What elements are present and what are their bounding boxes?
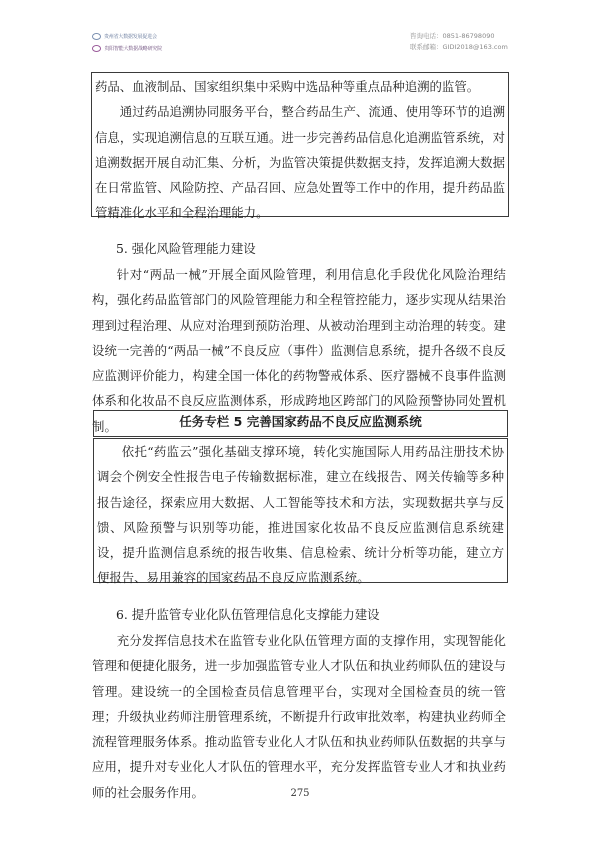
section-5-heading: 5. 强化风险管理能力建设 bbox=[116, 236, 256, 261]
box-paragraph: 通过药品追溯协同服务平台，整合药品生产、流通、使用等环节的追溯信息，实现追溯信息… bbox=[92, 99, 508, 225]
box-line: 药品、血液制品、国家组织集中采购中选品种等重点品种追溯的监管。 bbox=[92, 73, 508, 99]
header-contact: 咨询电话：0851-86798090 联系邮箱：GIDI2018@163.com bbox=[410, 31, 508, 53]
task-box-title: 任务专栏 5 完善国家药品不良反应监测系统 bbox=[93, 410, 508, 437]
institute-logo-icon bbox=[92, 45, 101, 52]
email-label: 联系邮箱： bbox=[410, 43, 443, 51]
task-box-content: 依托“药监云”强化基础支撑环境，转化实施国际人用药品注册技术协调会个例安全性报告… bbox=[93, 438, 508, 583]
task-box-title-text: 任务专栏 5 完善国家药品不良反应监测系统 bbox=[94, 411, 507, 433]
section-6-heading: 6. 提升监管专业化队伍管理信息化支撑能力建设 bbox=[116, 602, 380, 627]
task-box-paragraph: 依托“药监云”强化基础支撑环境，转化实施国际人用药品注册技术协调会个例安全性报告… bbox=[94, 439, 507, 591]
phone-label: 咨询电话： bbox=[410, 32, 443, 40]
email-value: GIDI2018@163.com bbox=[443, 43, 508, 51]
page-number: 275 bbox=[0, 788, 600, 799]
header-logos: 贵州省大数据发展促进会 贵阳智能大数据战略研究院 bbox=[92, 31, 162, 55]
section-6-paragraph: 充分发挥信息技术在监管专业化队伍管理方面的支撑作用，实现智能化管理和便捷化服务，… bbox=[92, 628, 506, 805]
association-logo-icon bbox=[92, 33, 101, 40]
logo-association-name: 贵州省大数据发展促进会 bbox=[104, 33, 157, 40]
logo-institute-name: 贵阳智能大数据战略研究院 bbox=[104, 45, 162, 52]
phone-value: 0851-86798090 bbox=[443, 32, 495, 40]
contact-phone: 咨询电话：0851-86798090 bbox=[410, 31, 508, 42]
logo-institute: 贵阳智能大数据战略研究院 bbox=[92, 43, 162, 53]
logo-association: 贵州省大数据发展促进会 bbox=[92, 31, 162, 41]
continued-task-box: 药品、血液制品、国家组织集中采购中选品种等重点品种追溯的监管。 通过药品追溯协同… bbox=[91, 72, 509, 217]
contact-email: 联系邮箱：GIDI2018@163.com bbox=[410, 42, 508, 53]
